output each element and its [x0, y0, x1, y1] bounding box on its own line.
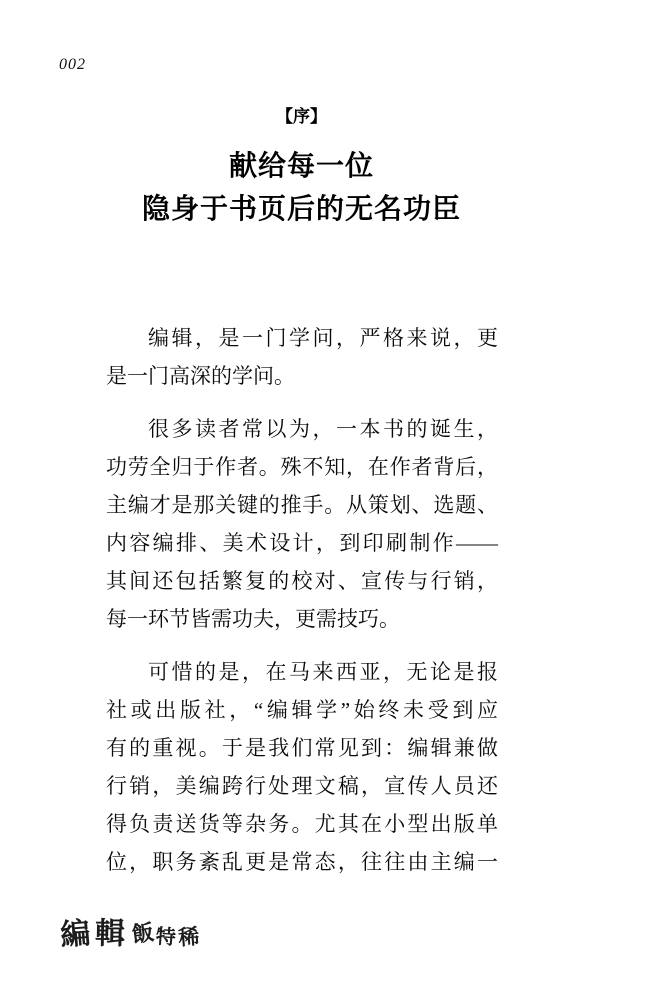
- paragraph: 很多读者常以为，一本书的诞生，功劳全归于作者。殊不知，在作者背后，主编才是那关键…: [106, 410, 498, 638]
- logo-character: 輯: [95, 908, 126, 953]
- logo-character: 稀: [177, 920, 201, 952]
- text-line: 每一环节皆需功夫，更需技巧。: [106, 600, 498, 638]
- text-line: 其间还包括繁复的校对、宣传与行销，: [106, 562, 498, 600]
- text-line: 社或出版社，“编辑学”始终未受到应: [106, 691, 498, 729]
- book-page: 002 【序】 献给每一位 隐身于书页后的无名功臣 编辑，是一门学问，严格来说，…: [0, 0, 650, 1004]
- text-line: 是一门高深的学问。: [106, 357, 498, 395]
- text-line: 内容编排、美术设计，到印刷制作——: [106, 524, 498, 562]
- logo-character: 編: [58, 908, 92, 954]
- book-title-logo: 編輯飯特稀: [60, 907, 221, 954]
- text-line: 得负责送货等杂务。尤其在小型出版单: [106, 805, 498, 843]
- text-line: 编辑，是一门学问，严格来说，更: [106, 319, 498, 357]
- text-line: 主编才是那关键的推手。从策划、选题、: [106, 486, 498, 524]
- paragraph: 可惜的是，在马来西亚，无论是报社或出版社，“编辑学”始终未受到应有的重视。于是我…: [106, 653, 498, 881]
- text-line: 可惜的是，在马来西亚，无论是报: [106, 653, 498, 691]
- title-line-2: 隐身于书页后的无名功臣: [0, 187, 603, 230]
- text-line: 有的重视。于是我们常见到：编辑兼做: [106, 729, 498, 767]
- page-number: 002: [59, 56, 86, 74]
- page-title: 献给每一位 隐身于书页后的无名功臣: [0, 144, 603, 230]
- text-line: 很多读者常以为，一本书的诞生，: [106, 410, 498, 448]
- logo-character: 飯: [130, 916, 156, 950]
- body-text: 编辑，是一门学问，严格来说，更是一门高深的学问。很多读者常以为，一本书的诞生，功…: [106, 319, 498, 881]
- paragraph: 编辑，是一门学问，严格来说，更是一门高深的学问。: [106, 319, 498, 395]
- text-line: 功劳全归于作者。殊不知，在作者背后，: [106, 448, 498, 486]
- text-line: 位，职务紊乱更是常态，往往由主编一: [106, 843, 498, 881]
- section-label: 【序】: [0, 106, 603, 128]
- logo-character: 特: [155, 920, 177, 950]
- title-line-1: 献给每一位: [0, 144, 603, 187]
- preface-header: 【序】 献给每一位 隐身于书页后的无名功臣: [0, 106, 603, 230]
- text-line: 行销，美编跨行处理文稿，宣传人员还: [106, 767, 498, 805]
